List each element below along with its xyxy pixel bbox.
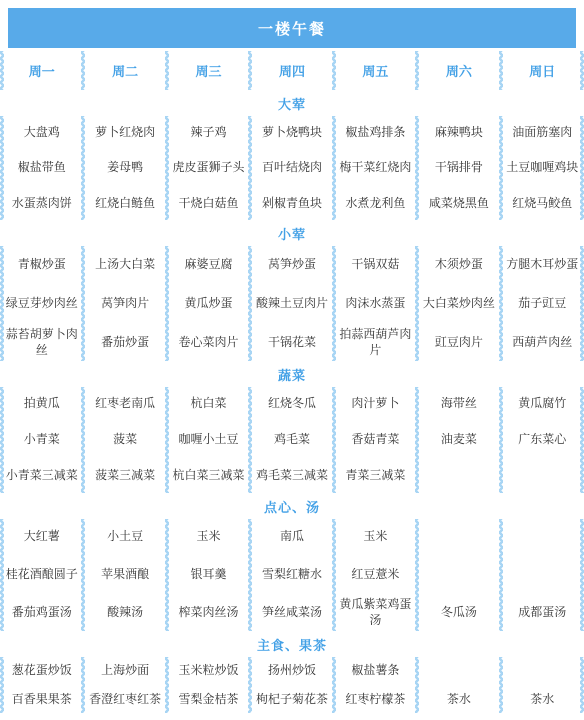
- dish-item: 茄子豇豆: [501, 284, 584, 323]
- dish-item: 莴笋肉片: [83, 284, 166, 323]
- dish-item: 干锅排骨: [417, 150, 500, 185]
- dish-item: 拍蒜西葫芦肉片: [334, 323, 417, 362]
- dish-item: [501, 556, 584, 594]
- menu-cell: 冬瓜汤: [417, 516, 500, 634]
- menu-cell: 茶水: [417, 654, 500, 716]
- dish-item: 冬瓜汤: [417, 594, 500, 632]
- dish-item: 黄瓜腐竹: [501, 386, 584, 422]
- menu-cell: 麻辣鸭块干锅排骨咸菜烧黑鱼: [417, 113, 500, 223]
- dish-item: 酸辣汤: [83, 594, 166, 632]
- dish-item: 鸡毛菜: [250, 422, 333, 458]
- dish-item: 椒盐带鱼: [0, 150, 83, 185]
- menu-cell: 青椒炒蛋绿豆芽炒肉丝蒜苔胡萝卜肉丝: [0, 243, 83, 364]
- dish-item: 红枣老南瓜: [83, 386, 166, 422]
- dish-item: 干烧白菇鱼: [167, 186, 250, 221]
- dish-item: 肉汁萝卜: [334, 386, 417, 422]
- menu-cell: 小土豆苹果酒酿酸辣汤: [83, 516, 166, 634]
- menu-cell: 上海炒面香澄红枣红茶: [83, 654, 166, 716]
- dish-item: 红枣柠檬茶: [334, 685, 417, 714]
- dish-item: 小青菜: [0, 422, 83, 458]
- dish-item: 豇豆肉片: [417, 323, 500, 362]
- day-header-5: 周五: [334, 48, 417, 93]
- dish-item: 玉米: [334, 518, 417, 556]
- menu-cell: 南瓜雪梨红糖水笋丝咸菜汤: [250, 516, 333, 634]
- section-title: 小荤: [0, 223, 584, 243]
- menu-section: 大荤大盘鸡椒盐带鱼水蛋蒸肉饼萝卜红烧肉姜母鸭红烧白鲢鱼辣子鸡虎皮蛋狮子头干烧白菇…: [0, 93, 584, 223]
- section-dishes-row: 大红薯桂花酒酿圆子番茄鸡蛋汤小土豆苹果酒酿酸辣汤玉米银耳羹榨菜肉丝汤南瓜雪梨红糖…: [0, 516, 584, 634]
- dish-item: 上海炒面: [83, 656, 166, 685]
- dish-item: 杭白菜三减菜: [167, 458, 250, 494]
- dish-item: 辣子鸡: [167, 115, 250, 150]
- dish-item: 菠菜: [83, 422, 166, 458]
- dish-item: 油麦菜: [417, 422, 500, 458]
- menu-title-bar: 一楼午餐: [8, 8, 576, 48]
- dish-item: 椒盐薯条: [334, 656, 417, 685]
- menu-cell: 拍黄瓜小青菜小青菜三减菜: [0, 384, 83, 496]
- menu-cell: 油面筋塞肉土豆咖喱鸡块红烧马鲛鱼: [501, 113, 584, 223]
- dish-item: 莴笋炒蛋: [250, 245, 333, 284]
- menu-cell: 萝卜烧鸭块百叶结烧肉剁椒青鱼块: [250, 113, 333, 223]
- dish-item: 干锅双菇: [334, 245, 417, 284]
- menu-title: 一楼午餐: [258, 18, 326, 39]
- dish-item: 雪梨红糖水: [250, 556, 333, 594]
- dish-item: 小青菜三减菜: [0, 458, 83, 494]
- section-title: 大荤: [0, 93, 584, 113]
- dish-item: 杭白菜: [167, 386, 250, 422]
- dish-item: [501, 656, 584, 685]
- dish-item: 广东菜心: [501, 422, 584, 458]
- dish-item: [417, 656, 500, 685]
- dish-item: 玉米粒炒饭: [167, 656, 250, 685]
- menu-cell: 椒盐薯条红枣柠檬茶: [334, 654, 417, 716]
- dish-item: 扬州炒饭: [250, 656, 333, 685]
- dish-item: [417, 518, 500, 556]
- dish-item: 海带丝: [417, 386, 500, 422]
- dish-item: 方腿木耳炒蛋: [501, 245, 584, 284]
- dish-item: [417, 458, 500, 494]
- dish-item: 菠菜三减菜: [83, 458, 166, 494]
- dish-item: 香澄红枣红茶: [83, 685, 166, 714]
- menu-cell: 木须炒蛋大白菜炒肉丝豇豆肉片: [417, 243, 500, 364]
- dish-item: 笋丝咸菜汤: [250, 594, 333, 632]
- dish-item: 红烧白鲢鱼: [83, 186, 166, 221]
- dish-item: 茶水: [417, 685, 500, 714]
- dish-item: 香菇青菜: [334, 422, 417, 458]
- section-dishes-row: 青椒炒蛋绿豆芽炒肉丝蒜苔胡萝卜肉丝上汤大白菜莴笋肉片番茄炒蛋麻婆豆腐黄瓜炒蛋卷心…: [0, 243, 584, 364]
- section-dishes-row: 大盘鸡椒盐带鱼水蛋蒸肉饼萝卜红烧肉姜母鸭红烧白鲢鱼辣子鸡虎皮蛋狮子头干烧白菇鱼萝…: [0, 113, 584, 223]
- dish-item: 大红薯: [0, 518, 83, 556]
- dish-item: 姜母鸭: [83, 150, 166, 185]
- menu-cell: 干锅双菇肉沫水蒸蛋拍蒜西葫芦肉片: [334, 243, 417, 364]
- menu-cell: 上汤大白菜莴笋肉片番茄炒蛋: [83, 243, 166, 364]
- day-header-2: 周二: [83, 48, 166, 93]
- menu-cell: 肉汁萝卜香菇青菜青菜三减菜: [334, 384, 417, 496]
- menu-cell: 大红薯桂花酒酿圆子番茄鸡蛋汤: [0, 516, 83, 634]
- menu-cell: 红烧冬瓜鸡毛菜鸡毛菜三减菜: [250, 384, 333, 496]
- dish-item: 大白菜炒肉丝: [417, 284, 500, 323]
- dish-item: 木须炒蛋: [417, 245, 500, 284]
- day-header-1: 周一: [0, 48, 83, 93]
- dish-item: 萝卜红烧肉: [83, 115, 166, 150]
- dish-item: 干锅花菜: [250, 323, 333, 362]
- dish-item: 水煮龙利鱼: [334, 186, 417, 221]
- menu-cell: 麻婆豆腐黄瓜炒蛋卷心菜肉片: [167, 243, 250, 364]
- menu-sections: 大荤大盘鸡椒盐带鱼水蛋蒸肉饼萝卜红烧肉姜母鸭红烧白鲢鱼辣子鸡虎皮蛋狮子头干烧白菇…: [0, 93, 584, 716]
- dish-item: 银耳羹: [167, 556, 250, 594]
- dish-item: 百叶结烧肉: [250, 150, 333, 185]
- dish-item: 麻婆豆腐: [167, 245, 250, 284]
- menu-cell: 成都蛋汤: [501, 516, 584, 634]
- dish-item: 西葫芦肉丝: [501, 323, 584, 362]
- day-header-4: 周四: [250, 48, 333, 93]
- dish-item: 黄瓜炒蛋: [167, 284, 250, 323]
- dish-item: 梅干菜红烧肉: [334, 150, 417, 185]
- dish-item: 鸡毛菜三减菜: [250, 458, 333, 494]
- dish-item: 红豆薏米: [334, 556, 417, 594]
- dish-item: 榨菜肉丝汤: [167, 594, 250, 632]
- section-title: 主食、果茶: [0, 634, 584, 654]
- menu-cell: 萝卜红烧肉姜母鸭红烧白鲢鱼: [83, 113, 166, 223]
- menu-cell: 玉米红豆薏米黄瓜紫菜鸡蛋汤: [334, 516, 417, 634]
- dish-item: 玉米: [167, 518, 250, 556]
- section-dishes-row: 葱花蛋炒饭百香果果茶上海炒面香澄红枣红茶玉米粒炒饭雪梨金桔茶扬州炒饭枸杞子菊花茶…: [0, 654, 584, 716]
- menu-cell: 葱花蛋炒饭百香果果茶: [0, 654, 83, 716]
- dish-item: 番茄炒蛋: [83, 323, 166, 362]
- menu-section: 蔬菜拍黄瓜小青菜小青菜三减菜红枣老南瓜菠菜菠菜三减菜杭白菜咖喱小土豆杭白菜三减菜…: [0, 364, 584, 496]
- dish-item: 酸辣土豆肉片: [250, 284, 333, 323]
- menu-section: 小荤青椒炒蛋绿豆芽炒肉丝蒜苔胡萝卜肉丝上汤大白菜莴笋肉片番茄炒蛋麻婆豆腐黄瓜炒蛋…: [0, 223, 584, 364]
- dish-item: 青菜三减菜: [334, 458, 417, 494]
- day-header-7: 周日: [501, 48, 584, 93]
- dish-item: 百香果果茶: [0, 685, 83, 714]
- dish-item: 大盘鸡: [0, 115, 83, 150]
- dish-item: 苹果酒酿: [83, 556, 166, 594]
- dish-item: 茶水: [501, 685, 584, 714]
- dish-item: 雪梨金桔茶: [167, 685, 250, 714]
- dish-item: 黄瓜紫菜鸡蛋汤: [334, 594, 417, 632]
- menu-cell: 玉米粒炒饭雪梨金桔茶: [167, 654, 250, 716]
- dish-item: 绿豆芽炒肉丝: [0, 284, 83, 323]
- section-title: 点心、汤: [0, 496, 584, 516]
- dish-item: 剁椒青鱼块: [250, 186, 333, 221]
- menu-cell: 方腿木耳炒蛋茄子豇豆西葫芦肉丝: [501, 243, 584, 364]
- dish-item: 萝卜烧鸭块: [250, 115, 333, 150]
- dish-item: [501, 458, 584, 494]
- dish-item: 葱花蛋炒饭: [0, 656, 83, 685]
- menu-cell: 椒盐鸡排条梅干菜红烧肉水煮龙利鱼: [334, 113, 417, 223]
- dish-item: 上汤大白菜: [83, 245, 166, 284]
- dish-item: 红烧马鲛鱼: [501, 186, 584, 221]
- dish-item: 虎皮蛋狮子头: [167, 150, 250, 185]
- menu-cell: 玉米银耳羹榨菜肉丝汤: [167, 516, 250, 634]
- menu-cell: 辣子鸡虎皮蛋狮子头干烧白菇鱼: [167, 113, 250, 223]
- dish-item: 枸杞子菊花茶: [250, 685, 333, 714]
- dish-item: 咸菜烧黑鱼: [417, 186, 500, 221]
- menu-cell: 杭白菜咖喱小土豆杭白菜三减菜: [167, 384, 250, 496]
- dish-item: 卷心菜肉片: [167, 323, 250, 362]
- dish-item: [501, 518, 584, 556]
- menu-section: 点心、汤大红薯桂花酒酿圆子番茄鸡蛋汤小土豆苹果酒酿酸辣汤玉米银耳羹榨菜肉丝汤南瓜…: [0, 496, 584, 634]
- dish-item: 小土豆: [83, 518, 166, 556]
- menu-cell: 红枣老南瓜菠菜菠菜三减菜: [83, 384, 166, 496]
- dish-item: 红烧冬瓜: [250, 386, 333, 422]
- dish-item: 拍黄瓜: [0, 386, 83, 422]
- dish-item: 椒盐鸡排条: [334, 115, 417, 150]
- dish-item: 油面筋塞肉: [501, 115, 584, 150]
- menu-cell: 大盘鸡椒盐带鱼水蛋蒸肉饼: [0, 113, 83, 223]
- day-header-3: 周三: [167, 48, 250, 93]
- day-header-6: 周六: [417, 48, 500, 93]
- dish-item: 南瓜: [250, 518, 333, 556]
- section-title: 蔬菜: [0, 364, 584, 384]
- dish-item: 麻辣鸭块: [417, 115, 500, 150]
- day-header-row: 周一周二周三周四周五周六周日: [0, 48, 584, 93]
- dish-item: 桂花酒酿圆子: [0, 556, 83, 594]
- menu-section: 主食、果茶葱花蛋炒饭百香果果茶上海炒面香澄红枣红茶玉米粒炒饭雪梨金桔茶扬州炒饭枸…: [0, 634, 584, 716]
- menu-cell: 黄瓜腐竹广东菜心: [501, 384, 584, 496]
- dish-item: 土豆咖喱鸡块: [501, 150, 584, 185]
- menu-cell: 海带丝油麦菜: [417, 384, 500, 496]
- lunch-menu-page: 一楼午餐 周一周二周三周四周五周六周日 大荤大盘鸡椒盐带鱼水蛋蒸肉饼萝卜红烧肉姜…: [0, 8, 584, 720]
- section-dishes-row: 拍黄瓜小青菜小青菜三减菜红枣老南瓜菠菜菠菜三减菜杭白菜咖喱小土豆杭白菜三减菜红烧…: [0, 384, 584, 496]
- dish-item: 水蛋蒸肉饼: [0, 186, 83, 221]
- menu-cell: 茶水: [501, 654, 584, 716]
- dish-item: [417, 556, 500, 594]
- dish-item: 肉沫水蒸蛋: [334, 284, 417, 323]
- menu-cell: 扬州炒饭枸杞子菊花茶: [250, 654, 333, 716]
- dish-item: 咖喱小土豆: [167, 422, 250, 458]
- dish-item: 成都蛋汤: [501, 594, 584, 632]
- dish-item: 青椒炒蛋: [0, 245, 83, 284]
- dish-item: 蒜苔胡萝卜肉丝: [0, 323, 83, 362]
- menu-cell: 莴笋炒蛋酸辣土豆肉片干锅花菜: [250, 243, 333, 364]
- dish-item: 番茄鸡蛋汤: [0, 594, 83, 632]
